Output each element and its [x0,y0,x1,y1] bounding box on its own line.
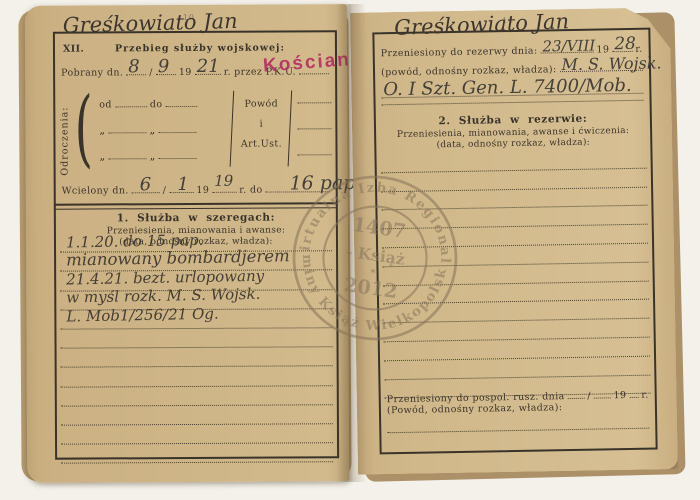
wcielony-rdo: r. do [239,185,262,196]
wcielony-year-slot: 19 [212,181,236,193]
od-slot-1 [115,95,147,107]
pobrany-year-handwriting: 21 [197,56,220,77]
ruled-line [61,386,333,407]
ditto-mark: „ [100,149,106,162]
left-page-frame: XII. Przebieg służby wojskowej: Pobrany … [53,30,339,459]
ruled-line [60,328,332,349]
ditto-mark: „ [150,149,156,162]
odroczenia-label: Odroczenia: [59,92,70,176]
odroczenia-row-3: „ „ [99,147,225,163]
do-slot-1 [165,95,197,107]
section-divider-rule [55,202,337,209]
pospolite-month-slot [594,386,611,398]
od-label: od [99,99,112,110]
odroczenia-brace: ( [75,85,93,169]
wcielony-month-slot: 1 [169,181,193,193]
pobrany-century: 19 [179,67,192,78]
wcielony-century: 19 [196,185,209,196]
pobrany-label: Pobrany dn. [61,67,123,78]
left-name-handwriting: Greśkowiato Jan [63,9,238,38]
odroczenia-dotted-1 [297,102,331,103]
service-entries-handwriting: 1.1.20. do 15 pap. mianowany bombardjere… [66,230,336,323]
wcielony-year-handwriting: 19 [214,172,233,190]
do-slot-2 [159,121,197,133]
pospolite-dotted [387,428,649,434]
rezerwa-year-handwriting: 28 [614,34,636,54]
pobrany-year-slot: 21 [195,63,221,75]
wcielony-month-handwriting: 1 [177,174,189,195]
wcielony-slash: / [163,185,167,196]
pospolite-r: r. [641,390,649,401]
pobrany-slash: / [149,67,153,78]
pospolite-day-slot [567,387,584,399]
ruled-line [61,405,333,426]
section1-title: 1. Służba w szeregach: [56,211,336,224]
rezerwa-rozkaz-row: O. I Szt. Gen. L. 7400/Mob. [381,82,643,99]
pospolite-year-slot [629,386,638,398]
powod-line1: Powód [239,98,283,109]
ditto-mark: „ [149,123,155,136]
rezerwa-date-slot: 23/VIII [540,41,593,54]
pobrany-day-slot: 8 [126,63,146,75]
wcielony-day-handwriting: 6 [140,174,152,195]
pospolite-powod-label: (Powód, odnośny rozkaz, władza): [387,402,563,416]
pobrany-month-handwriting: 9 [158,56,170,77]
ruled-line [61,347,333,368]
pobrany-r: r. [224,67,231,78]
pobrany-day-handwriting: 8 [128,56,140,77]
odroczenia-separator-1 [230,91,235,167]
powod-line3: Art.Ust. [239,138,283,149]
wcielony-unit-handwriting: 16 pap [290,172,356,194]
wcielony-day-slot: 6 [132,181,160,193]
wcielony-row: Wcielony dn. 6 / 1 19 19 r. do 16 pap [62,180,330,196]
left-title: Przebieg służby wojskowej: [115,42,285,54]
right-page: 11 Greśkowiato Jan Przeniesiony do rezer… [350,7,678,475]
ruled-line [61,424,333,445]
rezerwa-rozkaz-handwriting: O. I Szt. Gen. L. 7400/Mob. [383,75,632,100]
odroczenia-dotted-2 [297,128,331,129]
powod-line2: i [239,118,283,129]
od-slot-2 [108,121,146,133]
odroczenia-row-1: od do [99,95,225,111]
pospolite-slash: / [587,391,591,402]
rezerwa-rozkaz-slot: O. I Szt. Gen. L. 7400/Mob. [381,82,643,99]
rezerwa-label: Przeniesiony do rezerwy dnia: [381,46,538,60]
pospolite-century: 19 [613,390,626,401]
odroczenia-dotted-3 [298,154,332,155]
do-label: do [150,99,163,110]
right-ruled-lines [380,150,650,399]
rezerwa-date-handwriting: 23/VIII [542,37,595,56]
odroczenia-separator-2 [288,90,293,166]
wcielony-label: Wcielony dn. [62,185,129,196]
od-slot-3 [109,147,147,159]
wcielony-unit-slot: 16 pap [266,180,330,192]
scanned-document: { "document_type": "wojskowa książeczka … [0,0,700,500]
left-page: 10 Greśkowiato Jan XII. Przebieg służby … [25,4,349,483]
right-page-frame: Przeniesiony do rezerwy dnia: 23/VIII 19… [372,28,657,455]
ruled-line [61,443,333,464]
odroczenia-row-2: „ „ [99,121,225,137]
do-slot-3 [159,147,197,159]
rezerwa-year-slot: 28 [612,40,632,52]
ditto-mark: „ [99,123,105,136]
rezerwa-powod-slot: M. S. Wojsk. [559,59,643,72]
rezerwa-powod-handwriting: M. S. Wojsk. [561,53,661,74]
rezerwa-extra-dotted [382,100,644,106]
ruled-line [61,367,333,388]
left-roman-numeral: XII. [63,44,84,55]
pobrany-month-slot: 9 [156,63,176,75]
